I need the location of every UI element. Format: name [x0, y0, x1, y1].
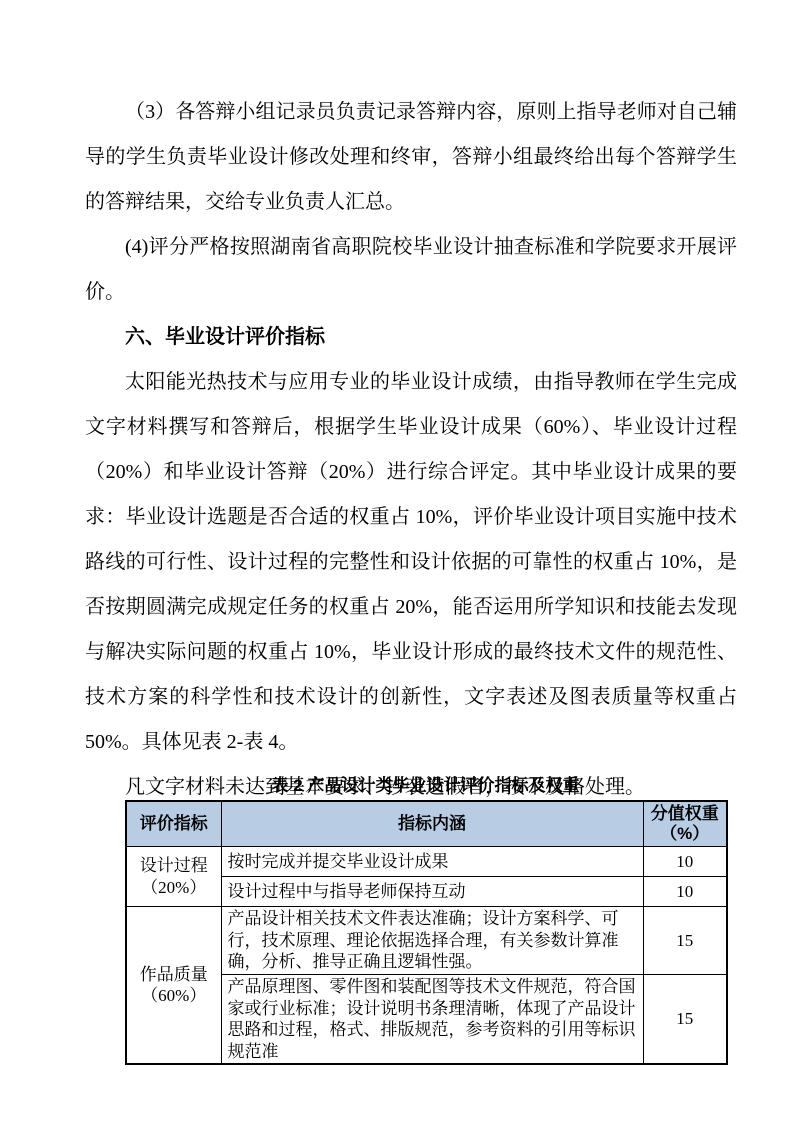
- section-heading-6: 六、毕业设计评价指标: [85, 315, 737, 360]
- content-cell: 按时完成并提交毕业设计成果: [221, 847, 643, 877]
- paragraph-item-4: (4)评分严格按照湖南省高职院校毕业设计抽查标准和学院要求开展评价。: [85, 225, 737, 315]
- table-header-row: 评价指标 指标内涵 分值权重 （%）: [126, 801, 727, 847]
- table-row: 作品质量 （60%） 产品设计相关技术文件表达准确；设计方案科学、可行，技术原理…: [126, 907, 727, 975]
- header-content: 指标内涵: [221, 801, 643, 847]
- paragraph-item-3: （3）各答辩小组记录员负责记录答辩内容，原则上指导老师对自己辅导的学生负责毕业设…: [85, 90, 737, 225]
- header-indicator: 评价指标: [126, 801, 221, 847]
- content-cell: 产品原理图、零件图和装配图等技术文件规范，符合国家或行业标准；设计说明书条理清晰…: [221, 975, 643, 1065]
- document-page: （3）各答辩小组记录员负责记录答辩内容，原则上指导老师对自己辅导的学生负责毕业设…: [0, 0, 793, 1122]
- score-cell: 10: [643, 847, 727, 877]
- score-cell: 15: [643, 975, 727, 1065]
- category-cell-design-process: 设计过程 （20%）: [126, 847, 221, 907]
- category-cell-work-quality: 作品质量 （60%）: [126, 907, 221, 1065]
- evaluation-weight-table: 评价指标 指标内涵 分值权重 （%） 设计过程 （20%） 按时完成并提交毕业设…: [125, 800, 728, 1065]
- score-cell: 10: [643, 877, 727, 907]
- content-cell: 设计过程中与指导老师保持互动: [221, 877, 643, 907]
- table-row: 设计过程 （20%） 按时完成并提交毕业设计成果 10: [126, 847, 727, 877]
- paragraph-evaluation-detail: 太阳能光热技术与应用专业的毕业设计成绩，由指导教师在学生完成文字材料撰写和答辩后…: [85, 360, 737, 765]
- content-cell: 产品设计相关技术文件表达准确；设计方案科学、可行，技术原理、理论依据选择合理，有…: [221, 907, 643, 975]
- header-weight: 分值权重 （%）: [643, 801, 727, 847]
- table2-caption: 表 2 产品设计类毕业设计评价指标及权重: [125, 774, 726, 798]
- score-cell: 15: [643, 907, 727, 975]
- document-body: （3）各答辩小组记录员负责记录答辩内容，原则上指导老师对自己辅导的学生负责毕业设…: [85, 90, 737, 810]
